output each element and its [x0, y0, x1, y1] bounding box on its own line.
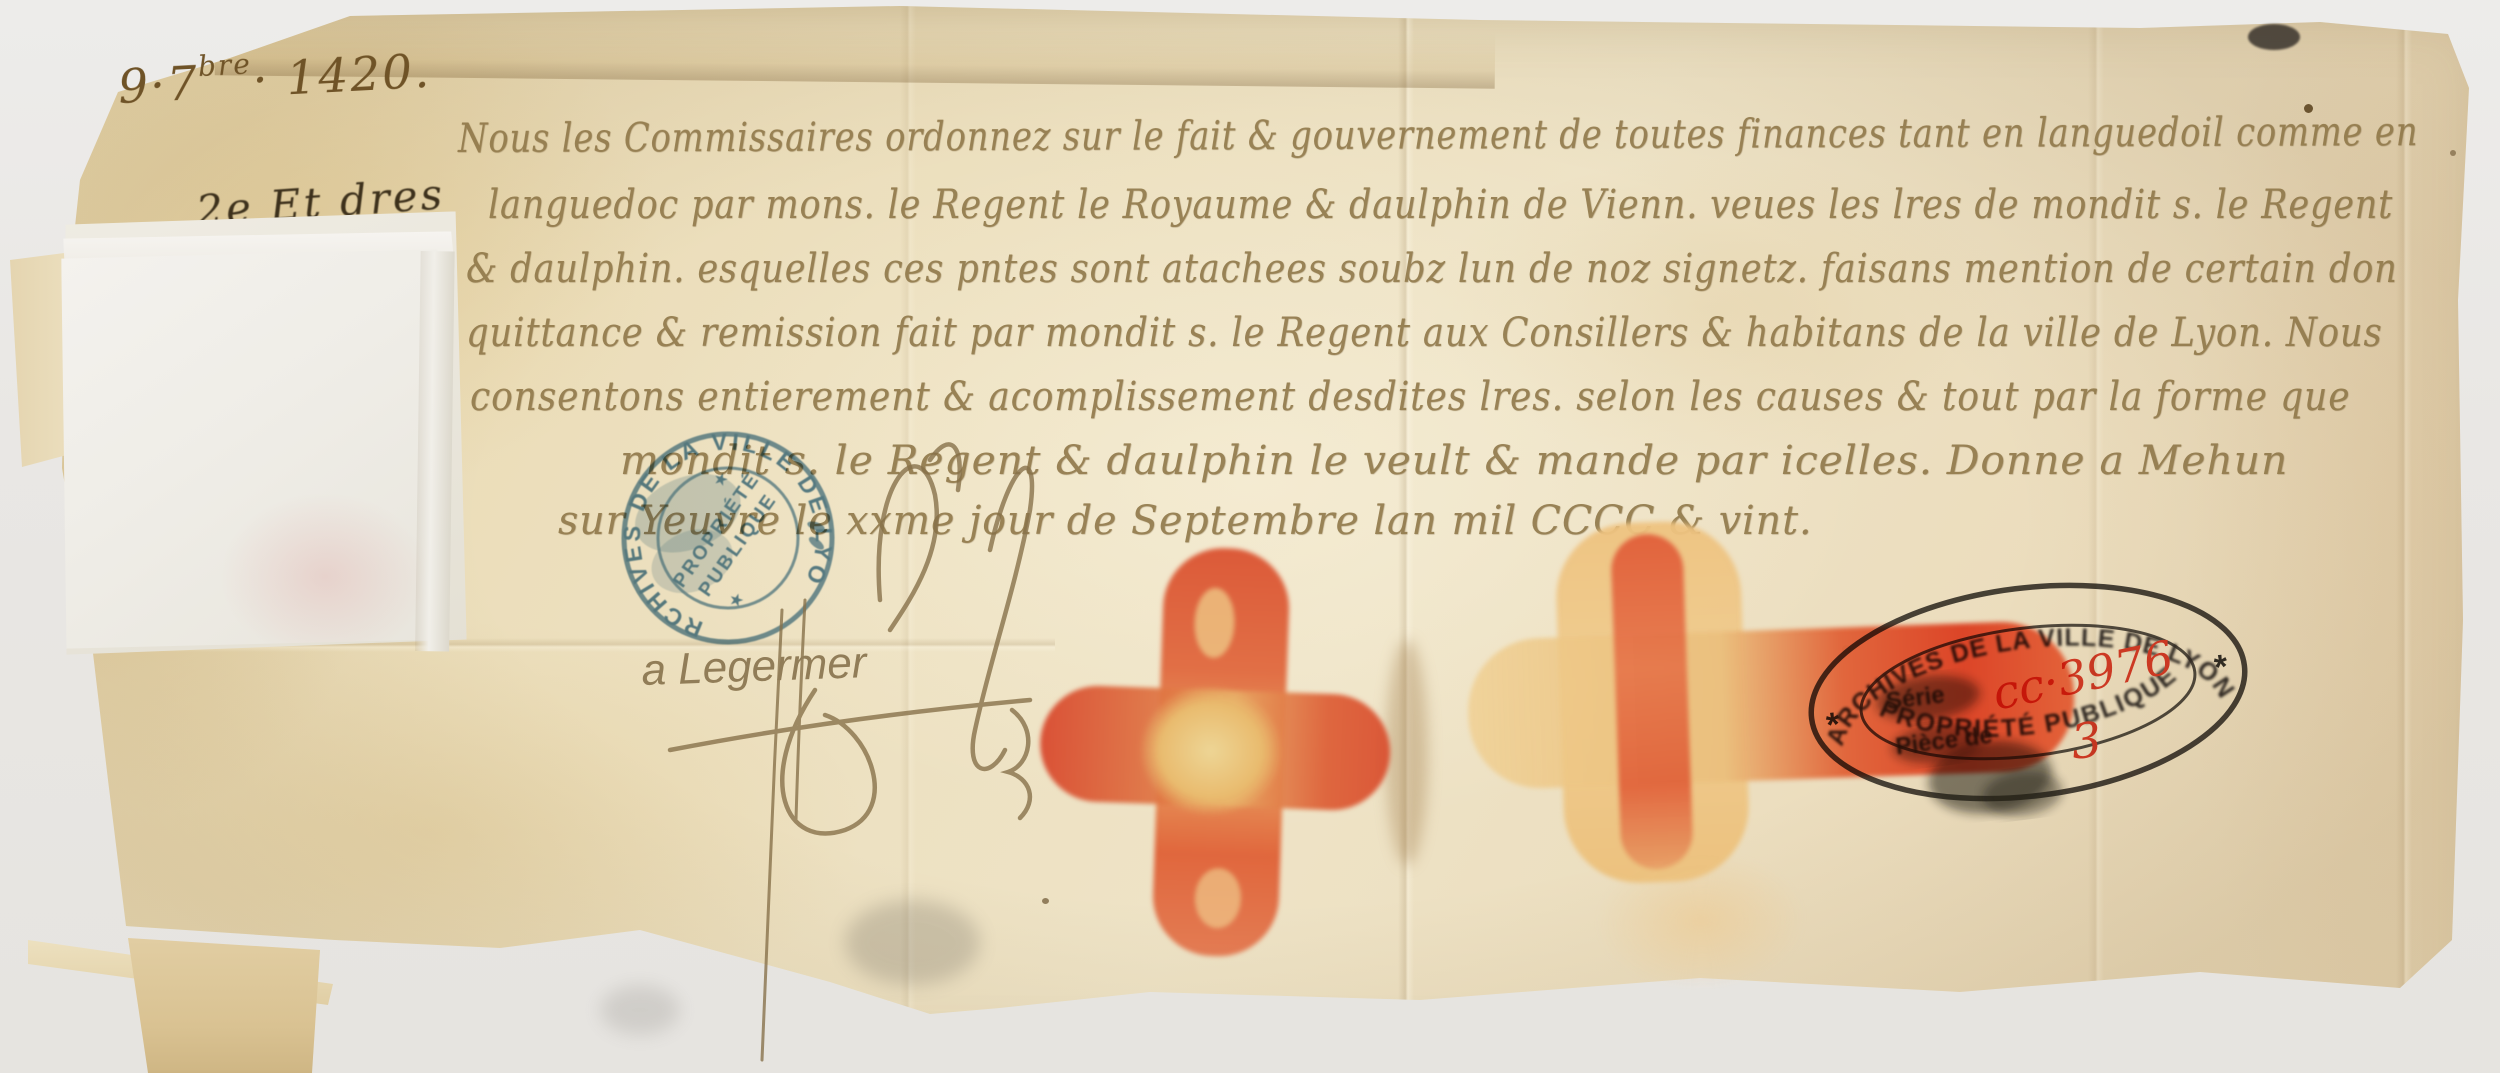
attached-paper-slip — [48, 209, 469, 664]
black-stamp-rosette-icon: * — [2212, 648, 2231, 687]
date-rest: · 1420. — [251, 44, 432, 108]
photograph-of-parchment-document: { "document": { "description": "Parchmen… — [0, 0, 2500, 1073]
paraph-ascender — [930, 444, 960, 490]
wax-seal-cross-left — [1033, 542, 1397, 964]
black-oval-stamp: ARCHIVES DE LA VILLE DE LYON PROPRIÉTÉ P… — [1768, 542, 2288, 842]
paper-slip-right-fold — [415, 251, 455, 651]
ink-speck — [2450, 150, 2456, 156]
ink-blot-top-edge — [2248, 24, 2300, 50]
paper-slip-front — [54, 245, 455, 656]
paraph-end-mark — [1008, 710, 1030, 818]
blue-stamp-anchor — [578, 388, 878, 688]
manuscript-line: & daulphin. esquelles ces pntes sont ata… — [466, 246, 2398, 292]
paraph-ascender-loop — [879, 466, 937, 630]
date-superscript: bre — [197, 48, 253, 84]
manuscript-line: Nous les Commissaires ordonnez sur le fa… — [458, 109, 2418, 162]
fold-crease-right — [2088, 0, 2104, 1073]
manuscript-line: quittance & remission fait par mondit s.… — [466, 310, 2383, 356]
fold-crease-far-right — [2396, 0, 2412, 1073]
manuscript-line: languedoc par mons. le Regent le Royaume… — [488, 182, 2393, 228]
date-base: 9·7 — [117, 56, 201, 115]
